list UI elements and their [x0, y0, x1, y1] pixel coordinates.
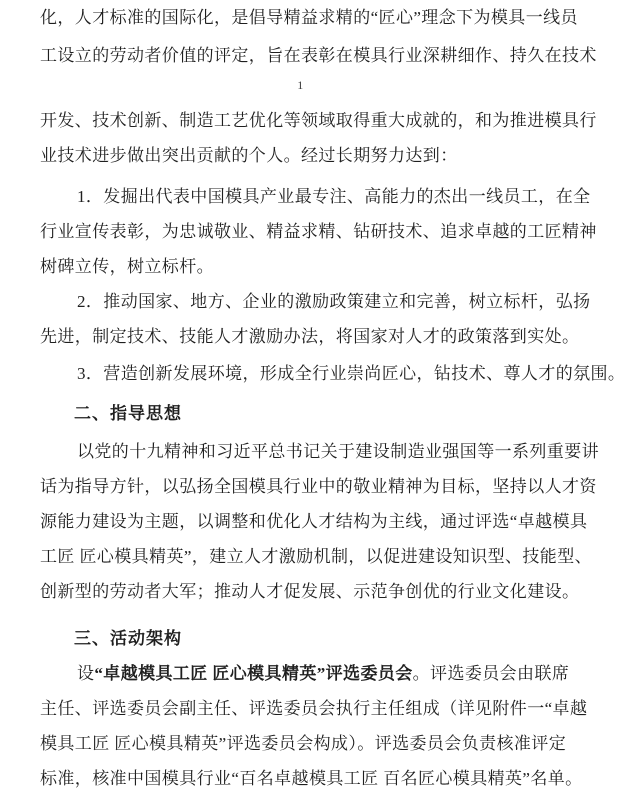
bold-text-segment: “卓越模具工匠 匠心模具精英”评选委员会	[94, 664, 412, 683]
text-segment: 标准，核准中国模具行业“百名卓越模具工匠 百名匠心模具精英”名单。	[40, 769, 583, 788]
text-segment: 行业宣传表彰，为忠诚敬业、精益求精、钻研技术、追求卓越的工匠精神	[40, 222, 597, 241]
text-line: 标准，核准中国模具行业“百名卓越模具工匠 百名匠心模具精英”名单。	[40, 768, 591, 795]
text-segment: 设	[77, 664, 94, 683]
text-segment: 2．推动国家、地方、企业的激励政策建立和完善，树立标杆，弘扬	[77, 292, 591, 311]
text-line: 工设立的劳动者价值的评定，旨在表彰在模具行业深耕细作、持久在技术	[40, 45, 591, 80]
text-segment: 先进，制定技术、技能人才激励办法，将国家对人才的政策落到实处。	[40, 327, 579, 346]
text-segment: 1．发掘出代表中国模具产业最专注、高能力的杰出一线员工，在全	[77, 187, 591, 206]
text-segment: 开发、技术创新、制造工艺优化等领域取得重大成就的，和为推进模具行	[40, 111, 597, 130]
text-line: 先进，制定技术、技能人才激励办法，将国家对人才的政策落到实处。	[40, 326, 591, 361]
text-line: 源能力建设为主题，以调整和优化人才结构为主线，通过评选“卓越模具	[40, 511, 591, 546]
text-line: 开发、技术创新、制造工艺优化等领域取得重大成就的，和为推进模具行	[40, 110, 591, 145]
text-segment: 主任、评选委员会副主任、评选委员会执行主任组成（详见附件一“卓越	[40, 699, 587, 718]
text-segment: 工设立的劳动者价值的评定，旨在表彰在模具行业深耕细作、持久在技术	[40, 46, 597, 65]
text-segment: 三、活动架构	[74, 629, 182, 648]
text-segment: 3．营造创新发展环境，形成全行业崇尚匠心，钻技术、尊人才的氛围。	[77, 364, 625, 383]
text-segment: 业技术进步做出突出贡献的个人。经过长期努力达到：	[40, 146, 458, 165]
text-line: 模具工匠 匠心模具精英”评选委员会构成）。评选委员会负责核准评定	[40, 733, 591, 768]
text-line: 创新型的劳动者大军；推动人才促发展、示范争创优的行业文化建设。	[40, 581, 591, 616]
document-lines: 化，人才标准的国际化，是倡导精益求精的“匠心”理念下为模具一线员工设立的劳动者价…	[40, 7, 591, 795]
text-line: 三、活动架构	[40, 628, 591, 663]
text-line: 行业宣传表彰，为忠诚敬业、精益求精、钻研技术、追求卓越的工匠精神	[40, 221, 591, 256]
text-line: 2．推动国家、地方、企业的激励政策建立和完善，树立标杆，弘扬	[40, 291, 591, 326]
page-number: 1	[40, 76, 591, 104]
text-line: 业技术进步做出突出贡献的个人。经过长期努力达到：	[40, 145, 591, 180]
text-line: 1．发掘出代表中国模具产业最专注、高能力的杰出一线员工，在全	[40, 186, 591, 221]
text-line: 主任、评选委员会副主任、评选委员会执行主任组成（详见附件一“卓越	[40, 698, 591, 733]
text-segment: 。评选委员会由联席	[413, 664, 570, 683]
text-line: 以党的十九精神和习近平总书记关于建设制造业强国等一系列重要讲	[40, 441, 591, 476]
text-segment: 化，人才标准的国际化，是倡导精益求精的“匠心”理念下为模具一线员	[40, 8, 578, 27]
text-segment: 源能力建设为主题，以调整和优化人才结构为主线，通过评选“卓越模具	[40, 512, 587, 531]
text-segment: 话为指导方针，以弘扬全国模具行业中的敬业精神为目标，坚持以人才资	[40, 477, 597, 496]
text-line: 二、指导思想	[40, 403, 591, 438]
text-line: 化，人才标准的国际化，是倡导精益求精的“匠心”理念下为模具一线员	[40, 7, 591, 42]
text-segment: 模具工匠 匠心模具精英”评选委员会构成）。评选委员会负责核准评定	[40, 734, 566, 753]
text-segment: 以党的十九精神和习近平总书记关于建设制造业强国等一系列重要讲	[77, 442, 599, 461]
text-line: 话为指导方针，以弘扬全国模具行业中的敬业精神为目标，坚持以人才资	[40, 476, 591, 511]
text-segment: 树碑立传，树立标杆。	[40, 257, 214, 276]
document-page: 化，人才标准的国际化，是倡导精益求精的“匠心”理念下为模具一线员工设立的劳动者价…	[0, 0, 629, 795]
text-segment: 1	[297, 78, 303, 92]
text-line: 3．营造创新发展环境，形成全行业崇尚匠心，钻技术、尊人才的氛围。	[40, 363, 591, 398]
text-segment: 二、指导思想	[74, 404, 182, 423]
text-line: 树碑立传，树立标杆。	[40, 256, 591, 291]
text-line: 工匠 匠心模具精英”，建立人才激励机制，以促进建设知识型、技能型、	[40, 546, 591, 581]
text-line: 设“卓越模具工匠 匠心模具精英”评选委员会。评选委员会由联席	[40, 663, 591, 698]
text-segment: 创新型的劳动者大军；推动人才促发展、示范争创优的行业文化建设。	[40, 582, 579, 601]
text-segment: 工匠 匠心模具精英”，建立人才激励机制，以促进建设知识型、技能型、	[40, 547, 592, 566]
